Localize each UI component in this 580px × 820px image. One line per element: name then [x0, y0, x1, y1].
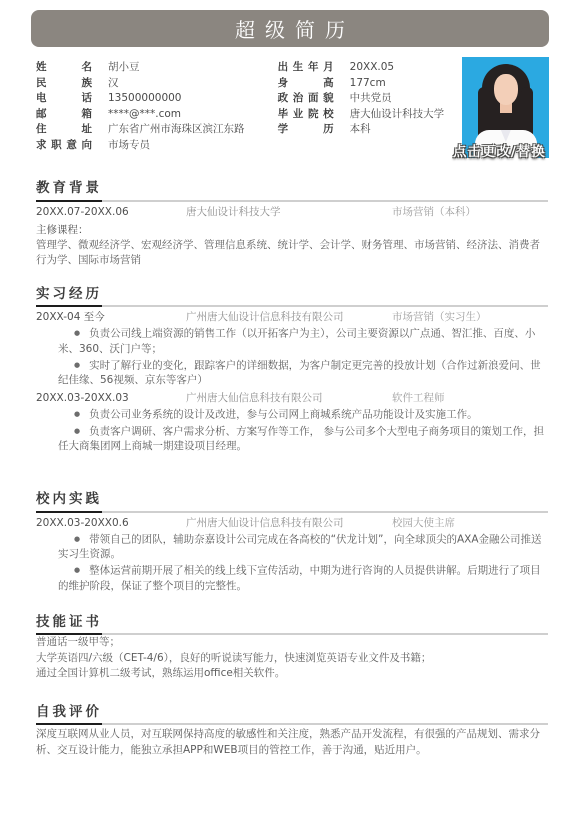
profile-left-column: 姓名 胡小豆 民族 汉 电话 13500000000 邮箱 ****@***.c…	[36, 60, 278, 158]
photo-face-shape	[494, 74, 518, 105]
internship-job1-meta: 20XX-04 至今 广州唐大仙设计信息科技有限公司 市场营销（实习生）	[36, 310, 548, 325]
profile-row-height: 身高 177cm	[278, 76, 462, 92]
job2-bullet-2: 负责客户调研、客户需求分析、方案写作等工作， 参与公司多个大型电子商务项目的策划…	[36, 424, 548, 455]
evaluation-header: 自我评价	[36, 703, 548, 726]
skill-item-2: 大学英语四/六级（CET-4/6），良好的听说读写能力，快速浏览英语专业文件及书…	[36, 651, 548, 667]
job1-date: 20XX-04 至今	[36, 310, 186, 325]
email-value: ****@***.com	[108, 107, 181, 123]
education-meta-row: 20XX.07-20XX.06 唐大仙设计科技大学 市场营销（本科）	[36, 205, 548, 220]
politics-value: 中共党员	[350, 91, 392, 107]
campus-title: 校内实践	[36, 493, 102, 513]
campus-header: 校内实践	[36, 490, 548, 513]
profile-row-degree: 学历 本科	[278, 122, 462, 138]
politics-label: 政治面貌	[278, 91, 334, 107]
profile-right-column: 出生年月 20XX.05 身高 177cm 政治面貌 中共党员 毕业院校 唐大仙…	[278, 60, 462, 158]
skills-header: 技能证书	[36, 613, 548, 636]
education-section: 教育背景 20XX.07-20XX.06 唐大仙设计科技大学 市场营销（本科） …	[36, 179, 548, 268]
name-value: 胡小豆	[108, 60, 140, 76]
evaluation-section: 自我评价 深度互联网从业人员，对互联网保持高度的敏感性和关注度，熟悉产品开发流程…	[36, 703, 548, 759]
phone-value: 13500000000	[108, 91, 182, 107]
ethnicity-value: 汉	[108, 76, 119, 92]
campus-section: 校内实践 20XX.03-20XX0.6 广州唐大仙设计信息科技有限公司 校园大…	[36, 490, 548, 594]
address-value: 广东省广州市海珠区滨江东路	[108, 122, 245, 138]
profile-row-objective: 求职意向 市场专员	[36, 138, 278, 154]
objective-value: 市场专员	[108, 138, 150, 154]
profile-row-birth: 出生年月 20XX.05	[278, 60, 462, 76]
resume-title-bar: 超级简历	[31, 10, 549, 47]
job1-role: 市场营销（实习生）	[392, 310, 487, 325]
name-label: 姓名	[36, 60, 92, 76]
education-date: 20XX.07-20XX.06	[36, 205, 186, 220]
university-label: 毕业院校	[278, 107, 334, 123]
email-label: 邮箱	[36, 107, 92, 123]
skill-item-1: 普通话一级甲等；	[36, 635, 548, 651]
campus-bullet-1: 带领自己的团队，辅助奈嘉设计公司完成在各高校的“伏龙计划”，向全球顶尖的AXA金…	[36, 532, 548, 563]
id-photo[interactable]: 点击更改/替换	[462, 57, 549, 158]
campus-bullet-2: 整体运营前期开展了相关的线上线下宣传活动，中期为进行咨询的人员提供讲解。后期进行…	[36, 563, 548, 594]
address-label: 住址	[36, 122, 92, 138]
internship-header: 实习经历	[36, 285, 548, 308]
height-label: 身高	[278, 76, 334, 92]
internship-title: 实习经历	[36, 288, 102, 308]
objective-label: 求职意向	[36, 138, 92, 154]
campus-job-meta: 20XX.03-20XX0.6 广州唐大仙设计信息科技有限公司 校园大使主席	[36, 516, 548, 531]
education-title: 教育背景	[36, 182, 102, 202]
course-label: 主修课程：	[36, 222, 548, 238]
campus-date: 20XX.03-20XX0.6	[36, 516, 186, 531]
birth-value: 20XX.05	[350, 60, 394, 76]
university-value: 唐大仙设计科技大学	[350, 107, 445, 123]
profile-row-name: 姓名 胡小豆	[36, 60, 278, 76]
job2-role: 软件工程师	[392, 391, 445, 406]
internship-section: 实习经历 20XX-04 至今 广州唐大仙设计信息科技有限公司 市场营销（实习生…	[36, 285, 548, 455]
degree-label: 学历	[278, 122, 334, 138]
job1-company: 广州唐大仙设计信息科技有限公司	[186, 310, 392, 325]
evaluation-text: 深度互联网从业人员，对互联网保持高度的敏感性和关注度，熟悉产品开发流程，有很强的…	[36, 727, 548, 758]
degree-value: 本科	[350, 122, 371, 138]
ethnicity-label: 民族	[36, 76, 92, 92]
internship-job2-meta: 20XX.03-20XX.03 广州唐大仙信息科技有限公司 软件工程师	[36, 391, 548, 406]
skill-item-3: 通过全国计算机二级考试，熟练运用office相关软件。	[36, 666, 548, 682]
evaluation-title: 自我评价	[36, 706, 102, 726]
course-list: 管理学、微观经济学、宏观经济学、管理信息系统、统计学、会计学、财务管理、市场营销…	[36, 238, 548, 268]
profile-row-ethnicity: 民族 汉	[36, 76, 278, 92]
education-major: 市场营销（本科）	[392, 205, 476, 220]
job2-bullet-1: 负责公司业务系统的设计及改进，参与公司网上商城系统产品功能设计及实施工作。	[36, 407, 548, 423]
profile-row-phone: 电话 13500000000	[36, 91, 278, 107]
profile-row-email: 邮箱 ****@***.com	[36, 107, 278, 123]
campus-role: 校园大使主席	[392, 516, 455, 531]
profile-row-address: 住址 广东省广州市海珠区滨江东路	[36, 122, 278, 138]
phone-label: 电话	[36, 91, 92, 107]
campus-company: 广州唐大仙设计信息科技有限公司	[186, 516, 392, 531]
skills-section: 技能证书 普通话一级甲等； 大学英语四/六级（CET-4/6），良好的听说读写能…	[36, 613, 548, 682]
skills-title: 技能证书	[36, 616, 102, 636]
job1-bullet-2: 实时了解行业的变化，跟踪客户的详细数据，为客户制定更完善的投放计划（合作过新浪爱…	[36, 358, 548, 389]
education-header: 教育背景	[36, 179, 548, 202]
profile-section: 姓名 胡小豆 民族 汉 电话 13500000000 邮箱 ****@***.c…	[0, 47, 580, 158]
birth-label: 出生年月	[278, 60, 334, 76]
job2-company: 广州唐大仙信息科技有限公司	[186, 391, 392, 406]
profile-row-politics: 政治面貌 中共党员	[278, 91, 462, 107]
height-value: 177cm	[350, 76, 386, 92]
education-school: 唐大仙设计科技大学	[186, 205, 392, 220]
profile-row-university: 毕业院校 唐大仙设计科技大学	[278, 107, 462, 123]
job2-date: 20XX.03-20XX.03	[36, 391, 186, 406]
job1-bullet-1: 负责公司线上端资源的销售工作（以开拓客户为主），公司主要资源以广点通、智汇推、百…	[36, 326, 548, 357]
photo-replace-button[interactable]: 点击更改/替换	[453, 140, 546, 160]
resume-title: 超级简历	[225, 14, 355, 43]
